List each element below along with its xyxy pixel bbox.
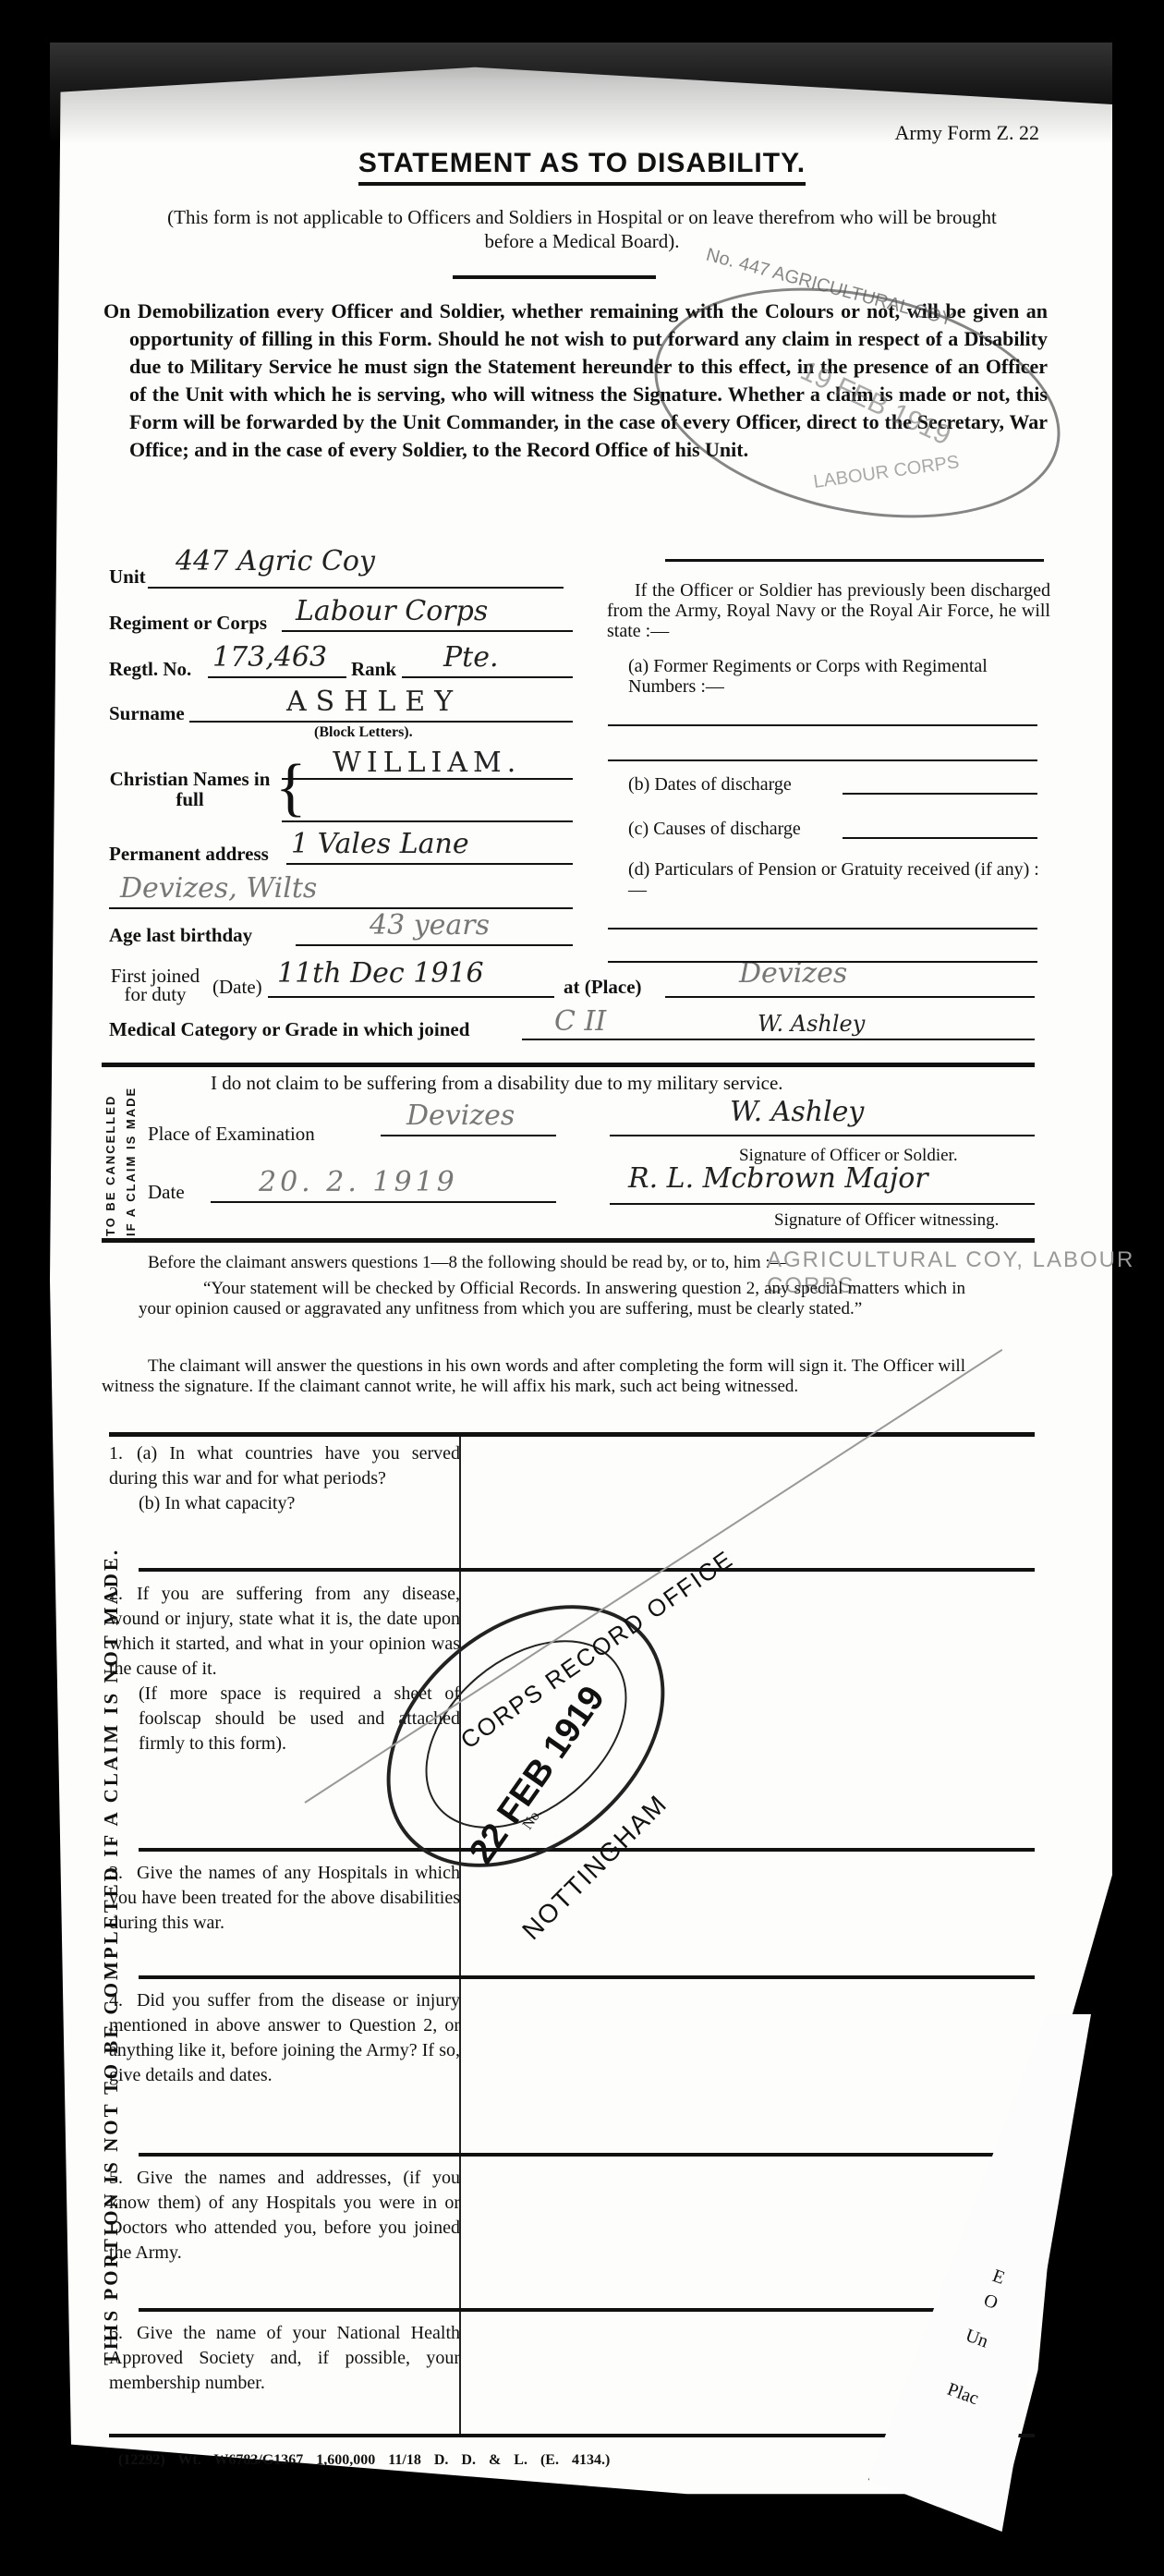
rank-field[interactable]: Pte. [443,641,499,674]
causes-of-discharge-line [843,837,1037,839]
regiment-field[interactable]: Labour Corps [296,595,488,627]
title-text: STATEMENT AS TO DISABILITY. [358,148,806,186]
medical-category-label: Medical Category or Grade in which joine… [109,1018,469,1041]
christian-names-label: Christian Names in full [109,769,271,809]
overwritten-signature: W. Ashley [758,1011,865,1037]
surname-field[interactable]: ASHLEY [286,686,462,718]
question-text: Give the names and addresses, (if you kn… [109,2168,460,2263]
causes-of-discharge-label: (c) Causes of discharge [628,819,801,840]
address-field-1[interactable]: 1 Vales Lane [291,828,469,860]
question-4: 4.Did you suffer from the disease or inj… [109,1988,460,2088]
previous-discharge-rule [665,559,1044,562]
instructions-quote: “Your statement will be checked by Offic… [139,1279,965,1319]
question-divider [139,1568,1035,1572]
former-regiments-line-2 [608,759,1037,761]
address-line-1 [286,863,573,865]
rank-line [402,676,573,678]
place-label: at (Place) [564,976,642,999]
rank-label: Rank [351,658,396,681]
block-letters-note: (Block Letters). [314,724,413,741]
instructions-claimant: The claimant will answer the questions i… [102,1356,965,1397]
witness-signature-field[interactable]: R. L. Mcbrown Major [628,1162,928,1195]
answer-4-field[interactable] [467,1988,1021,2145]
regtl-no-line [208,676,346,678]
answer-5-field[interactable] [467,2166,1021,2300]
answer-1-field[interactable] [467,1441,1021,1561]
question-divider [139,1975,1035,1979]
former-regiments-label: (a) Former Regiments or Corps with Regim… [628,656,1044,697]
question-divider [139,2153,1035,2157]
previous-discharge-intro: If the Officer or Soldier has previously… [607,580,1050,641]
question-1: 1.(a) In what countries have you served … [109,1441,460,1516]
question-5: 5.Give the names and addresses, (if you … [109,2166,460,2266]
form-number: Army Form Z. 22 [895,121,1039,145]
regiment-label: Regiment or Corps [109,612,267,635]
question-text: Did you suffer from the disease or injur… [109,1990,460,2085]
question-divider [139,1848,1035,1852]
divider [453,275,656,279]
address-label: Permanent address [109,843,269,866]
instructions-intro: Before the claimant answers questions 1—… [148,1253,788,1273]
soldier-signature-field[interactable]: W. Ashley [730,1096,864,1128]
no-claim-date-line [211,1201,556,1203]
no-claim-date-field[interactable]: 20. 2. 1919 [259,1166,458,1198]
soldier-signature-line [610,1135,1035,1136]
printer-imprint: (12292) Wt. W6783/G1367 1,600,000 11/18 … [118,2452,610,2469]
date-label: (Date) [212,976,262,999]
dates-of-discharge-line [843,793,1037,795]
christian-names-field[interactable]: WILLIAM. [333,747,521,779]
unit-label: Unit [109,565,146,589]
question-text: Give the name of your National Health Ap… [109,2323,460,2393]
regtl-no-field[interactable]: 173,463 [212,641,327,674]
medical-category-line [522,1039,1035,1040]
address-field-2[interactable]: Devizes, Wilts [120,872,317,905]
first-joined-place-line [665,996,1035,998]
address-line-2 [109,907,573,909]
witness-signature-line [610,1203,1035,1205]
pension-line-2 [608,961,1037,963]
question-3: 3.Give the names of any Hospitals in whi… [109,1861,460,1936]
brace: { [275,756,307,820]
pension-line-1 [608,928,1037,930]
unit-line [148,587,564,589]
pension-gratuity-label: (d) Particulars of Pension or Gratuity r… [628,859,1044,900]
no-claim-declaration: I do not claim to be suffering from a di… [211,1072,783,1095]
questions-top-rule [109,1432,1035,1437]
question-6: 6.Give the name of your National Health … [109,2321,460,2396]
surname-line [189,721,573,723]
place-of-examination-line [381,1135,556,1136]
section-divider [102,1238,1035,1243]
question-text: (a) In what countries have you served du… [109,1443,460,1488]
if-claim-made-label: IF A CLAIM IS MADE [124,1087,138,1236]
witness-signature-label: Signature of Officer witnessing. [774,1210,999,1231]
surname-label: Surname [109,702,185,725]
question-text: If you are suffering from any disease, w… [109,1584,460,1679]
age-line [296,944,573,946]
page-title: STATEMENT AS TO DISABILITY. [0,148,1164,179]
former-regiments-line-1 [608,724,1037,726]
first-joined-date-field[interactable]: 11th Dec 1916 [277,957,484,990]
first-joined-date-line [268,996,554,998]
unit-field[interactable]: 447 Agric Coy [176,545,375,577]
to-be-cancelled-label: TO BE CANCELLED [103,1095,117,1236]
question-subtext: (b) In what capacity? [109,1491,460,1516]
question-text: Give the names of any Hospitals in which… [109,1863,460,1933]
place-of-examination-field[interactable]: Devizes [406,1100,515,1132]
applicability-note: (This form is not applicable to Officers… [166,205,998,253]
age-label: Age last birthday [109,924,252,947]
regiment-line [282,630,573,632]
regtl-no-label: Regtl. No. [109,658,191,681]
dates-of-discharge-label: (b) Dates of discharge [628,774,792,796]
question-divider [139,2308,1035,2312]
date-label: Date [148,1181,185,1204]
first-joined-label: First joined for duty [109,966,201,1003]
christian-names-line-2 [282,820,573,822]
section-divider [102,1063,1035,1067]
place-of-examination-label: Place of Examination [148,1123,315,1146]
age-field[interactable]: 43 years [370,909,490,942]
medical-category-field[interactable]: C II [554,1005,606,1038]
